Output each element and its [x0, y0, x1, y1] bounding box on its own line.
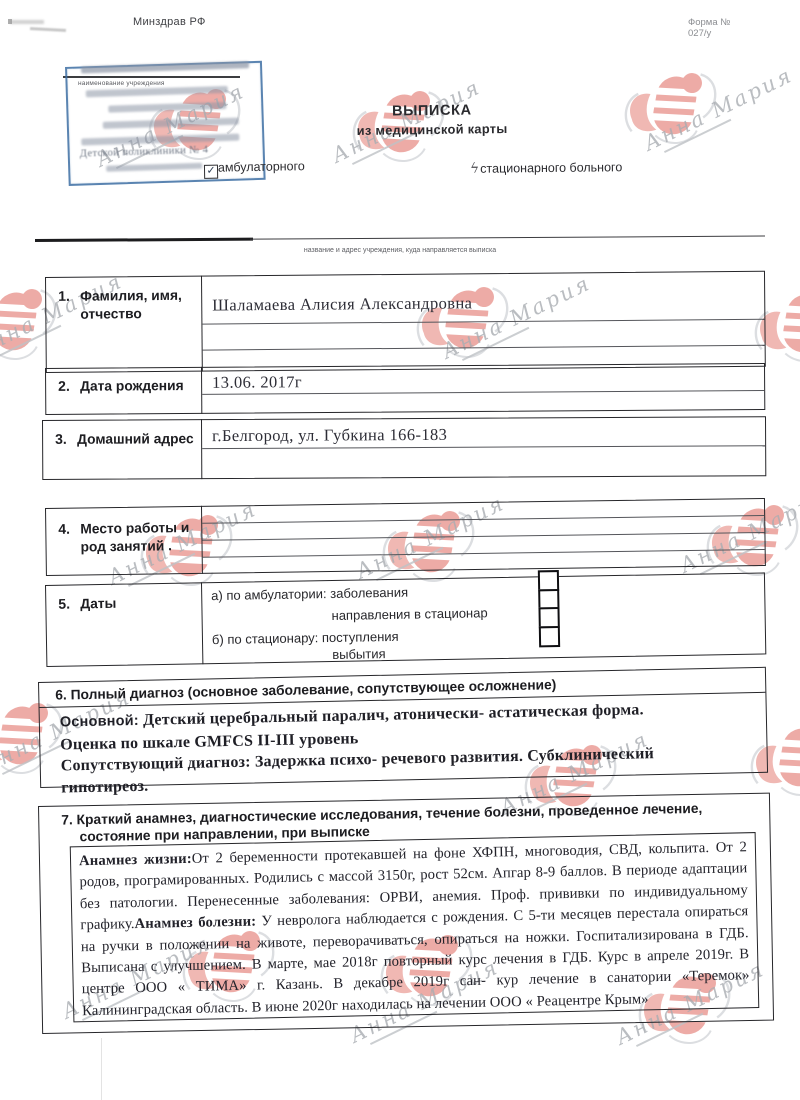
- main-diagnosis-text: Детский церебральный паралич, атонически…: [60, 701, 644, 753]
- stamp-text-bar: [106, 163, 202, 172]
- field-row-workplace: 4. Место работы и род занятий .: [45, 498, 766, 576]
- field-label-line2: отчество: [80, 306, 142, 322]
- birthdate-value: 13.06. 2017г: [212, 372, 302, 393]
- watermark-script-text: Анна Мария: [640, 63, 798, 159]
- field-label-line1: Фамилия, имя,: [80, 288, 182, 304]
- pen-scribble: [8, 18, 64, 34]
- diagnosis-text: Основной: Детский церебральный паралич, …: [60, 698, 702, 798]
- title-line-1: ВЫПИСКА: [322, 101, 542, 120]
- field-label: Фамилия, имя, отчество: [80, 287, 200, 324]
- field-number: 5.: [58, 596, 70, 612]
- field-label-line2: род занятий .: [80, 538, 172, 554]
- charity-logo-watermark-icon: [624, 68, 720, 157]
- stamp-text-bar: [108, 102, 226, 113]
- ambulatory-option: ✓амбулаторного: [204, 157, 305, 179]
- field-label-line1: Место работы и: [80, 520, 189, 537]
- stamp-text-bar: [81, 61, 249, 73]
- field-label: Домашний адрес: [77, 430, 207, 449]
- ruled-line: [202, 532, 764, 541]
- scanned-medical-extract-page: Анна Мария Анна Мария Анна Мария: [0, 0, 800, 1100]
- destination-rule: [35, 235, 765, 239]
- ruled-line: [203, 345, 765, 351]
- cell-divider: [201, 367, 203, 414]
- patient-name-value: Шаламаева Алисия Александровна: [212, 293, 472, 315]
- section-anamnesis: 7. Краткий анамнез, диагностические иссл…: [38, 793, 774, 1034]
- section6-header: 6. Полный диагноз (основное заболевание,…: [55, 676, 556, 703]
- section-full-diagnosis: 6. Полный диагноз (основное заболевание,…: [38, 667, 768, 788]
- title-line-2: из медицинской карты: [322, 120, 542, 138]
- main-diagnosis-label: Основной:: [60, 713, 139, 731]
- field-label: Дата рождения: [80, 377, 210, 396]
- field-label: Даты: [80, 593, 200, 613]
- stationary-label: стационарного больного: [480, 160, 622, 175]
- form-number: Форма № 027/у: [688, 17, 730, 39]
- field-row-address: 3. Домашний адрес г.Белгород, ул. Губкин…: [42, 416, 766, 480]
- address-value: г.Белгород, ул. Губкина 166-183: [212, 425, 447, 446]
- dates-checkbox-column: [538, 573, 560, 647]
- field-row-dates: 5. Даты а) по амбулатории: заболевания н…: [45, 572, 766, 667]
- dates-stationary-line: б) по стационару: поступления: [212, 629, 399, 647]
- pen-strike-mark: ϟ: [470, 161, 479, 177]
- dates-ambulatory-line: а) по амбулатории: заболевания: [211, 585, 408, 603]
- comorbid-diagnosis-label: Сопутствующий диагноз:: [61, 754, 251, 775]
- field-row-name: 1. Фамилия, имя, отчество Шаламаева Алис…: [45, 271, 766, 373]
- field-number: 3.: [55, 431, 67, 447]
- stamp-clinic-name: Детской поликлиники № 4: [80, 145, 209, 160]
- form-number-value: 027/у: [688, 28, 730, 39]
- stamp-text-bar: [103, 118, 239, 129]
- document-title: ВЫПИСКА из медицинской карты: [322, 101, 542, 138]
- stamp-text-bar: [86, 86, 228, 97]
- scan-fold-line: [101, 1038, 102, 1100]
- field-row-birthdate: 2. Дата рождения 13.06. 2017г: [45, 363, 765, 415]
- field-label: Место работы и род занятий .: [80, 519, 200, 557]
- watermark-tagline-bar: [664, 119, 731, 153]
- anamnesis-text: Анамнез жизни:От 2 беременности протекав…: [71, 833, 759, 1027]
- field-number: 1.: [58, 288, 70, 304]
- section7-header-line1: 7. Краткий анамнез, диагностические иссл…: [61, 801, 702, 828]
- form-number-label: Форма №: [688, 17, 730, 28]
- dates-discharge-line: выбытия: [332, 646, 386, 662]
- life-anamnesis-label: Анамнез жизни:: [79, 851, 192, 869]
- ruled-line: [202, 445, 765, 449]
- ambulatory-checkbox: ✓: [204, 165, 218, 179]
- ruled-line: [202, 515, 764, 524]
- ruled-line: [202, 319, 764, 325]
- cell-divider: [201, 582, 204, 664]
- ruled-line: [203, 549, 765, 558]
- field-number: 2.: [58, 378, 70, 394]
- anamnesis-box: Анамнез жизни:От 2 беременности протекав…: [70, 832, 760, 1022]
- destination-caption: название и адрес учреждения, куда направ…: [250, 247, 550, 254]
- stamp-text-bar: [81, 134, 239, 146]
- ministry-label: Минздрав РФ: [133, 16, 206, 28]
- ambulatory-label: амбулаторного: [218, 159, 305, 175]
- stationary-option: ϟстационарного больного: [470, 158, 622, 178]
- date-checkbox: [539, 626, 560, 647]
- field-number: 4.: [58, 521, 70, 537]
- dates-referral-line: направления в стационар: [331, 605, 487, 623]
- disease-anamnesis-label: Анамнез болезни:: [134, 914, 256, 933]
